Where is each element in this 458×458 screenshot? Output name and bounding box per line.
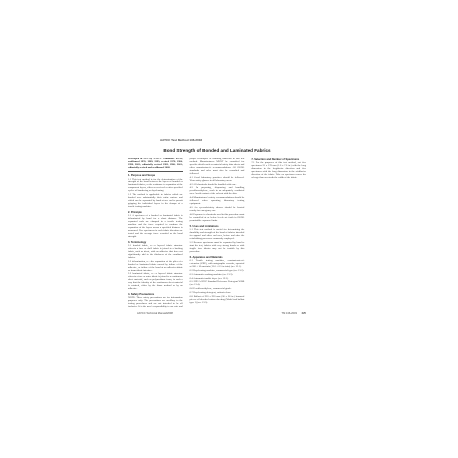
- footer-manual-label: AATCC Technical Manual/2008: [137, 312, 173, 315]
- section-paragraph: 5.2 Because specimens must be separated …: [190, 242, 245, 254]
- method-designation-header: AATCC Test Method 136-2003: [160, 139, 202, 142]
- page-title: Bond Strength of Bonded and Laminated Fa…: [128, 148, 306, 153]
- document-body-columns: Developed in 1972 by AATCC Committee RA5…: [128, 158, 306, 310]
- section-paragraph: 3.2 delamination, n.—the separation of t…: [128, 261, 183, 273]
- footer-method-number: TM 136-2003: [282, 312, 297, 315]
- document-canvas: { "page": { "header": "AATCC Test Method…: [0, 0, 458, 458]
- section-paragraph: 6.8 Ballast of 920 x 920 mm (36 x 36 in.…: [190, 296, 245, 305]
- section-paragraph: 4.3 In preparing, dispensing and handlin…: [190, 187, 245, 196]
- foreword-paragraph: Developed in 1972 by AATCC Committee RA5…: [128, 158, 183, 170]
- section-paragraph: 4.1 Good laboratory practices should be …: [190, 177, 245, 183]
- section-paragraph: 7.1 For the purposes of this test method…: [251, 162, 306, 180]
- section-paragraph: 1.1 This test method is for the determin…: [128, 179, 183, 194]
- foreword-divider: [128, 171, 183, 172]
- section-paragraph: 4.4 Manufacturer's safety recommendation…: [190, 197, 245, 206]
- page-footer: AATCC Technical Manual/2008 TM 136-2003 …: [128, 312, 306, 317]
- section-paragraph: 5.1 This test method is useful for deter…: [190, 229, 245, 241]
- section-paragraph: 1.2 The method is applicable to fabrics …: [128, 194, 183, 209]
- section-paragraph: 6.1 Tensile testing machine, constant-ra…: [190, 260, 245, 269]
- section-paragraph: 4.6 Exposure to chemicals used in this p…: [190, 214, 245, 223]
- section-paragraph: 3.3 laminated fabric, n.—a layered fabri…: [128, 273, 183, 291]
- footer-page-number: 225: [302, 312, 306, 315]
- footer-right-group: TM 136-2003 225: [282, 312, 307, 315]
- section-paragraph: 2.1 A specimen of a bonded or laminated …: [128, 215, 183, 239]
- document-page: AATCC Test Method 136-2003 Bond Strength…: [128, 138, 306, 322]
- section-paragraph: 3.1 bonded fabric, n.—a layered fabric s…: [128, 245, 183, 260]
